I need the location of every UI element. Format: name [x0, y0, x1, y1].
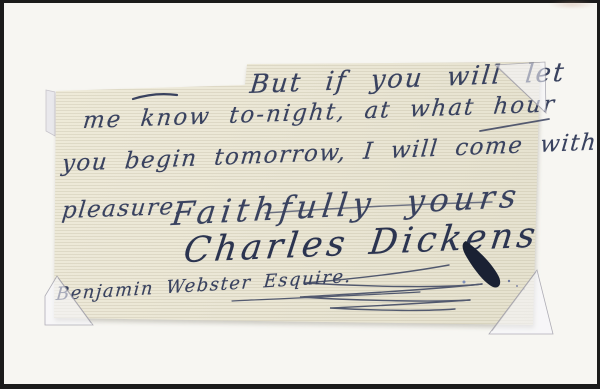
handwriting-line-4: pleasure. — [61, 194, 185, 224]
scanned-autograph-page: But if you will let me know to-night, at… — [0, 0, 600, 389]
